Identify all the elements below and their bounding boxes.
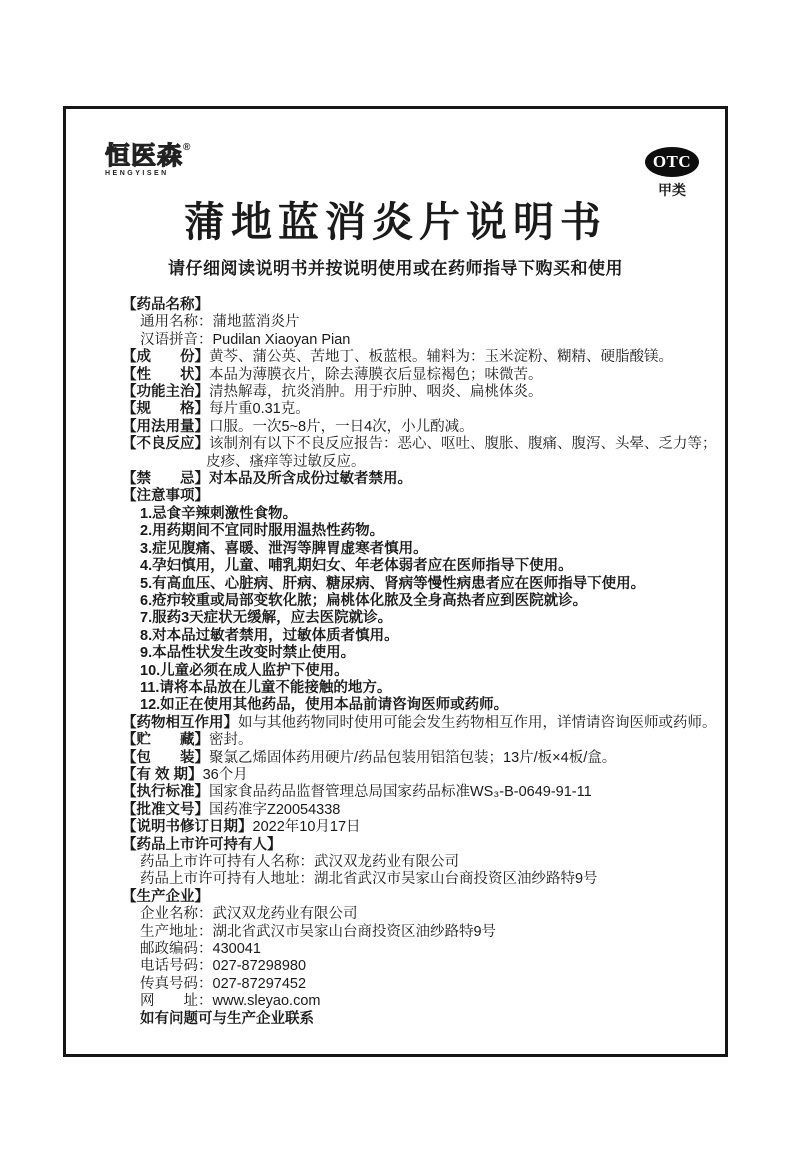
insert-line: 【包 装】聚氯乙烯固体药用硬片/药品包装用铝箔包装；13片/板×4板/盒。 [122,750,717,767]
insert-line: 【用法用量】口服。一次5~8片，一日4次，小儿酌减。 [122,419,717,436]
line-text: 企业名称：武汉双龙药业有限公司 [140,906,358,922]
insert-line: 10.儿童必须在成人监护下使用。 [122,663,717,680]
line-text: 网 址：www.sleyao.com [140,993,320,1009]
line-text: 密封。 [209,732,253,748]
insert-body: 【药品名称】通用名称：蒲地蓝消炎片汉语拼音：Pudilan Xiaoyan Pi… [122,297,717,1028]
line-text: 口服。一次5~8片，一日4次，小儿酌减。 [209,419,474,435]
insert-line: 【说明书修订日期】2022年10月17日 [122,819,717,836]
otc-oval-icon: OTC [645,147,699,177]
insert-line: 电话号码：027-87298980 [122,958,717,975]
insert-line: 3.症见腹痛、喜暖、泄泻等脾胃虚寒者慎用。 [122,541,717,558]
line-label: 【药物相互作用】 [122,715,238,731]
line-label: 【贮 藏】 [122,732,209,748]
insert-line: 【成 份】黄芩、蒲公英、苦地丁、板蓝根。辅料为：玉米淀粉、糊精、硬脂酸镁。 [122,349,717,366]
line-text: 传真号码：027-87297452 [140,976,306,992]
line-label: 【药品上市许可持有人】 [122,837,282,853]
insert-line: 【规 格】每片重0.31克。 [122,401,717,418]
brand-logo-subtext: HENGYISEN [105,170,190,177]
line-label: 【不良反应】 [122,436,209,452]
line-text: 6.疮疖较重或局部变软化脓；扁桃体化脓及全身高热者应到医院就诊。 [140,593,587,609]
insert-line: 汉语拼音：Pudilan Xiaoyan Pian [122,332,717,349]
line-text: 生产地址：湖北省武汉市吴家山台商投资区油纱路特9号 [140,924,496,940]
line-text: 皮疹、瘙痒等过敏反应。 [206,454,366,470]
line-text: 通用名称：蒲地蓝消炎片 [140,314,300,330]
line-text: 本品为薄膜衣片，除去薄膜衣后显棕褐色；味微苦。 [209,367,543,383]
brand-logo-row: 恒医森® [105,143,190,169]
insert-line: 4.孕妇慎用，儿童、哺乳期妇女、年老体弱者应在医师指导下使用。 [122,558,717,575]
doc-title: 蒲地蓝消炎片说明书 [66,189,725,248]
insert-line: 药品上市许可持有人名称：武汉双龙药业有限公司 [122,854,717,871]
insert-line: 【禁 忌】对本品及所含成份过敏者禁用。 [122,471,717,488]
insert-line: 2.用药期间不宜同时服用温热性药物。 [122,523,717,540]
line-text: 对本品及所含成份过敏者禁用。 [209,471,412,487]
line-text: 药品上市许可持有人地址：湖北省武汉市吴家山台商投资区油纱路特9号 [140,871,598,887]
line-text: 1.忌食辛辣刺激性食物。 [140,506,297,522]
line-text: 每片重0.31克。 [209,401,310,417]
line-text: 国家食品药品监督管理总局国家药品标准WS₃-B-0649-91-11 [209,784,592,800]
insert-line: 皮疹、瘙痒等过敏反应。 [122,454,717,471]
line-text: 3.症见腹痛、喜暖、泄泻等脾胃虚寒者慎用。 [140,541,428,557]
insert-line: 【生产企业】 [122,889,717,906]
line-text: 电话号码：027-87298980 [140,958,306,974]
line-text: 11.请将本品放在儿童不能接触的地方。 [140,680,391,696]
leaflet-sheet: 恒医森® HENGYISEN OTC 甲类 蒲地蓝消炎片说明书 请仔细阅读说明书… [63,106,728,1057]
insert-line: 【执行标准】国家食品药品监督管理总局国家药品标准WS₃-B-0649-91-11 [122,784,717,801]
line-label: 【有 效 期】 [122,767,203,783]
insert-line: 【药物相互作用】如与其他药物同时使用可能会发生药物相互作用，详情请咨询医师或药师… [122,715,717,732]
line-label: 【批准文号】 [122,802,209,818]
insert-line: 12.如正在使用其他药品，使用本品前请咨询医师或药师。 [122,697,717,714]
line-label: 【成 份】 [122,349,209,365]
insert-line: 【药品上市许可持有人】 [122,837,717,854]
insert-line: 邮政编码：430041 [122,941,717,958]
line-text: 如与其他药物同时使用可能会发生药物相互作用，详情请咨询医师或药师。 [238,715,717,731]
insert-line: 8.对本品过敏者禁用，过敏体质者慎用。 [122,628,717,645]
line-text: 4.孕妇慎用，儿童、哺乳期妇女、年老体弱者应在医师指导下使用。 [140,558,573,574]
line-text: 2.用药期间不宜同时服用温热性药物。 [140,523,384,539]
insert-line: 网 址：www.sleyao.com [122,993,717,1010]
line-text: 药品上市许可持有人名称：武汉双龙药业有限公司 [140,854,459,870]
line-text: 9.本品性状发生改变时禁止使用。 [140,645,355,661]
line-text: 黄芩、蒲公英、苦地丁、板蓝根。辅料为：玉米淀粉、糊精、硬脂酸镁。 [209,349,673,365]
insert-line: 【功能主治】清热解毒，抗炎消肿。用于疖肿、咽炎、扁桃体炎。 [122,384,717,401]
doc-subtitle: 请仔细阅读说明书并按说明使用或在药师指导下购买和使用 [66,254,725,279]
line-label: 【药品名称】 [122,297,209,313]
line-label: 【规 格】 [122,401,209,417]
line-text: 12.如正在使用其他药品，使用本品前请咨询医师或药师。 [140,697,508,713]
insert-line: 【注意事项】 [122,488,717,505]
line-text: 10.儿童必须在成人监护下使用。 [140,663,349,679]
line-text: 5.有高血压、心脏病、肝病、糖尿病、肾病等慢性病患者应在医师指导下使用。 [140,576,645,592]
insert-line: 6.疮疖较重或局部变软化脓；扁桃体化脓及全身高热者应到医院就诊。 [122,593,717,610]
registered-trademark-icon: ® [183,142,190,153]
insert-line: 【有 效 期】36个月 [122,767,717,784]
brand-logo: 恒医森® HENGYISEN [105,143,190,177]
line-label: 【说明书修订日期】 [122,819,253,835]
line-label: 【生产企业】 [122,889,209,905]
insert-line: 11.请将本品放在儿童不能接触的地方。 [122,680,717,697]
line-label: 【包 装】 [122,750,209,766]
line-label: 【禁 忌】 [122,471,209,487]
line-text: 36个月 [203,767,248,783]
line-label: 【注意事项】 [122,488,209,504]
insert-line: 【贮 藏】密封。 [122,732,717,749]
otc-label: OTC [653,152,691,172]
insert-line: 药品上市许可持有人地址：湖北省武汉市吴家山台商投资区油纱路特9号 [122,871,717,888]
line-label: 【执行标准】 [122,784,209,800]
insert-line: 【性 状】本品为薄膜衣片，除去薄膜衣后显棕褐色；味微苦。 [122,367,717,384]
insert-line: 【不良反应】该制剂有以下不良反应报告：恶心、呕吐、腹胀、腹痛、腹泻、头晕、乏力等… [122,436,717,453]
insert-line: 企业名称：武汉双龙药业有限公司 [122,906,717,923]
insert-line: 通用名称：蒲地蓝消炎片 [122,314,717,331]
insert-line: 传真号码：027-87297452 [122,976,717,993]
line-text: 汉语拼音：Pudilan Xiaoyan Pian [140,332,350,348]
brand-logo-text: 恒医森 [105,142,183,170]
line-text: 聚氯乙烯固体药用硬片/药品包装用铝箔包装；13片/板×4板/盒。 [209,750,616,766]
line-text: 如有问题可与生产企业联系 [140,1011,314,1027]
line-label: 【性 状】 [122,367,209,383]
line-text: 国药准字Z20054338 [209,802,340,818]
insert-line: 生产地址：湖北省武汉市吴家山台商投资区油纱路特9号 [122,924,717,941]
line-label: 【用法用量】 [122,419,209,435]
insert-line: 9.本品性状发生改变时禁止使用。 [122,645,717,662]
line-text: 该制剂有以下不良反应报告：恶心、呕吐、腹胀、腹痛、腹泻、头晕、乏力等； [209,436,717,452]
line-text: 2022年10月17日 [253,819,361,835]
insert-line: 5.有高血压、心脏病、肝病、糖尿病、肾病等慢性病患者应在医师指导下使用。 [122,576,717,593]
insert-line: 【批准文号】国药准字Z20054338 [122,802,717,819]
line-label: 【功能主治】 [122,384,209,400]
insert-line: 【药品名称】 [122,297,717,314]
insert-line: 如有问题可与生产企业联系 [122,1011,717,1028]
insert-line: 7.服药3天症状无缓解，应去医院就诊。 [122,610,717,627]
line-text: 7.服药3天症状无缓解，应去医院就诊。 [140,610,392,626]
line-text: 邮政编码：430041 [140,941,261,957]
line-text: 8.对本品过敏者禁用，过敏体质者慎用。 [140,628,399,644]
line-text: 清热解毒，抗炎消肿。用于疖肿、咽炎、扁桃体炎。 [209,384,543,400]
insert-line: 1.忌食辛辣刺激性食物。 [122,506,717,523]
